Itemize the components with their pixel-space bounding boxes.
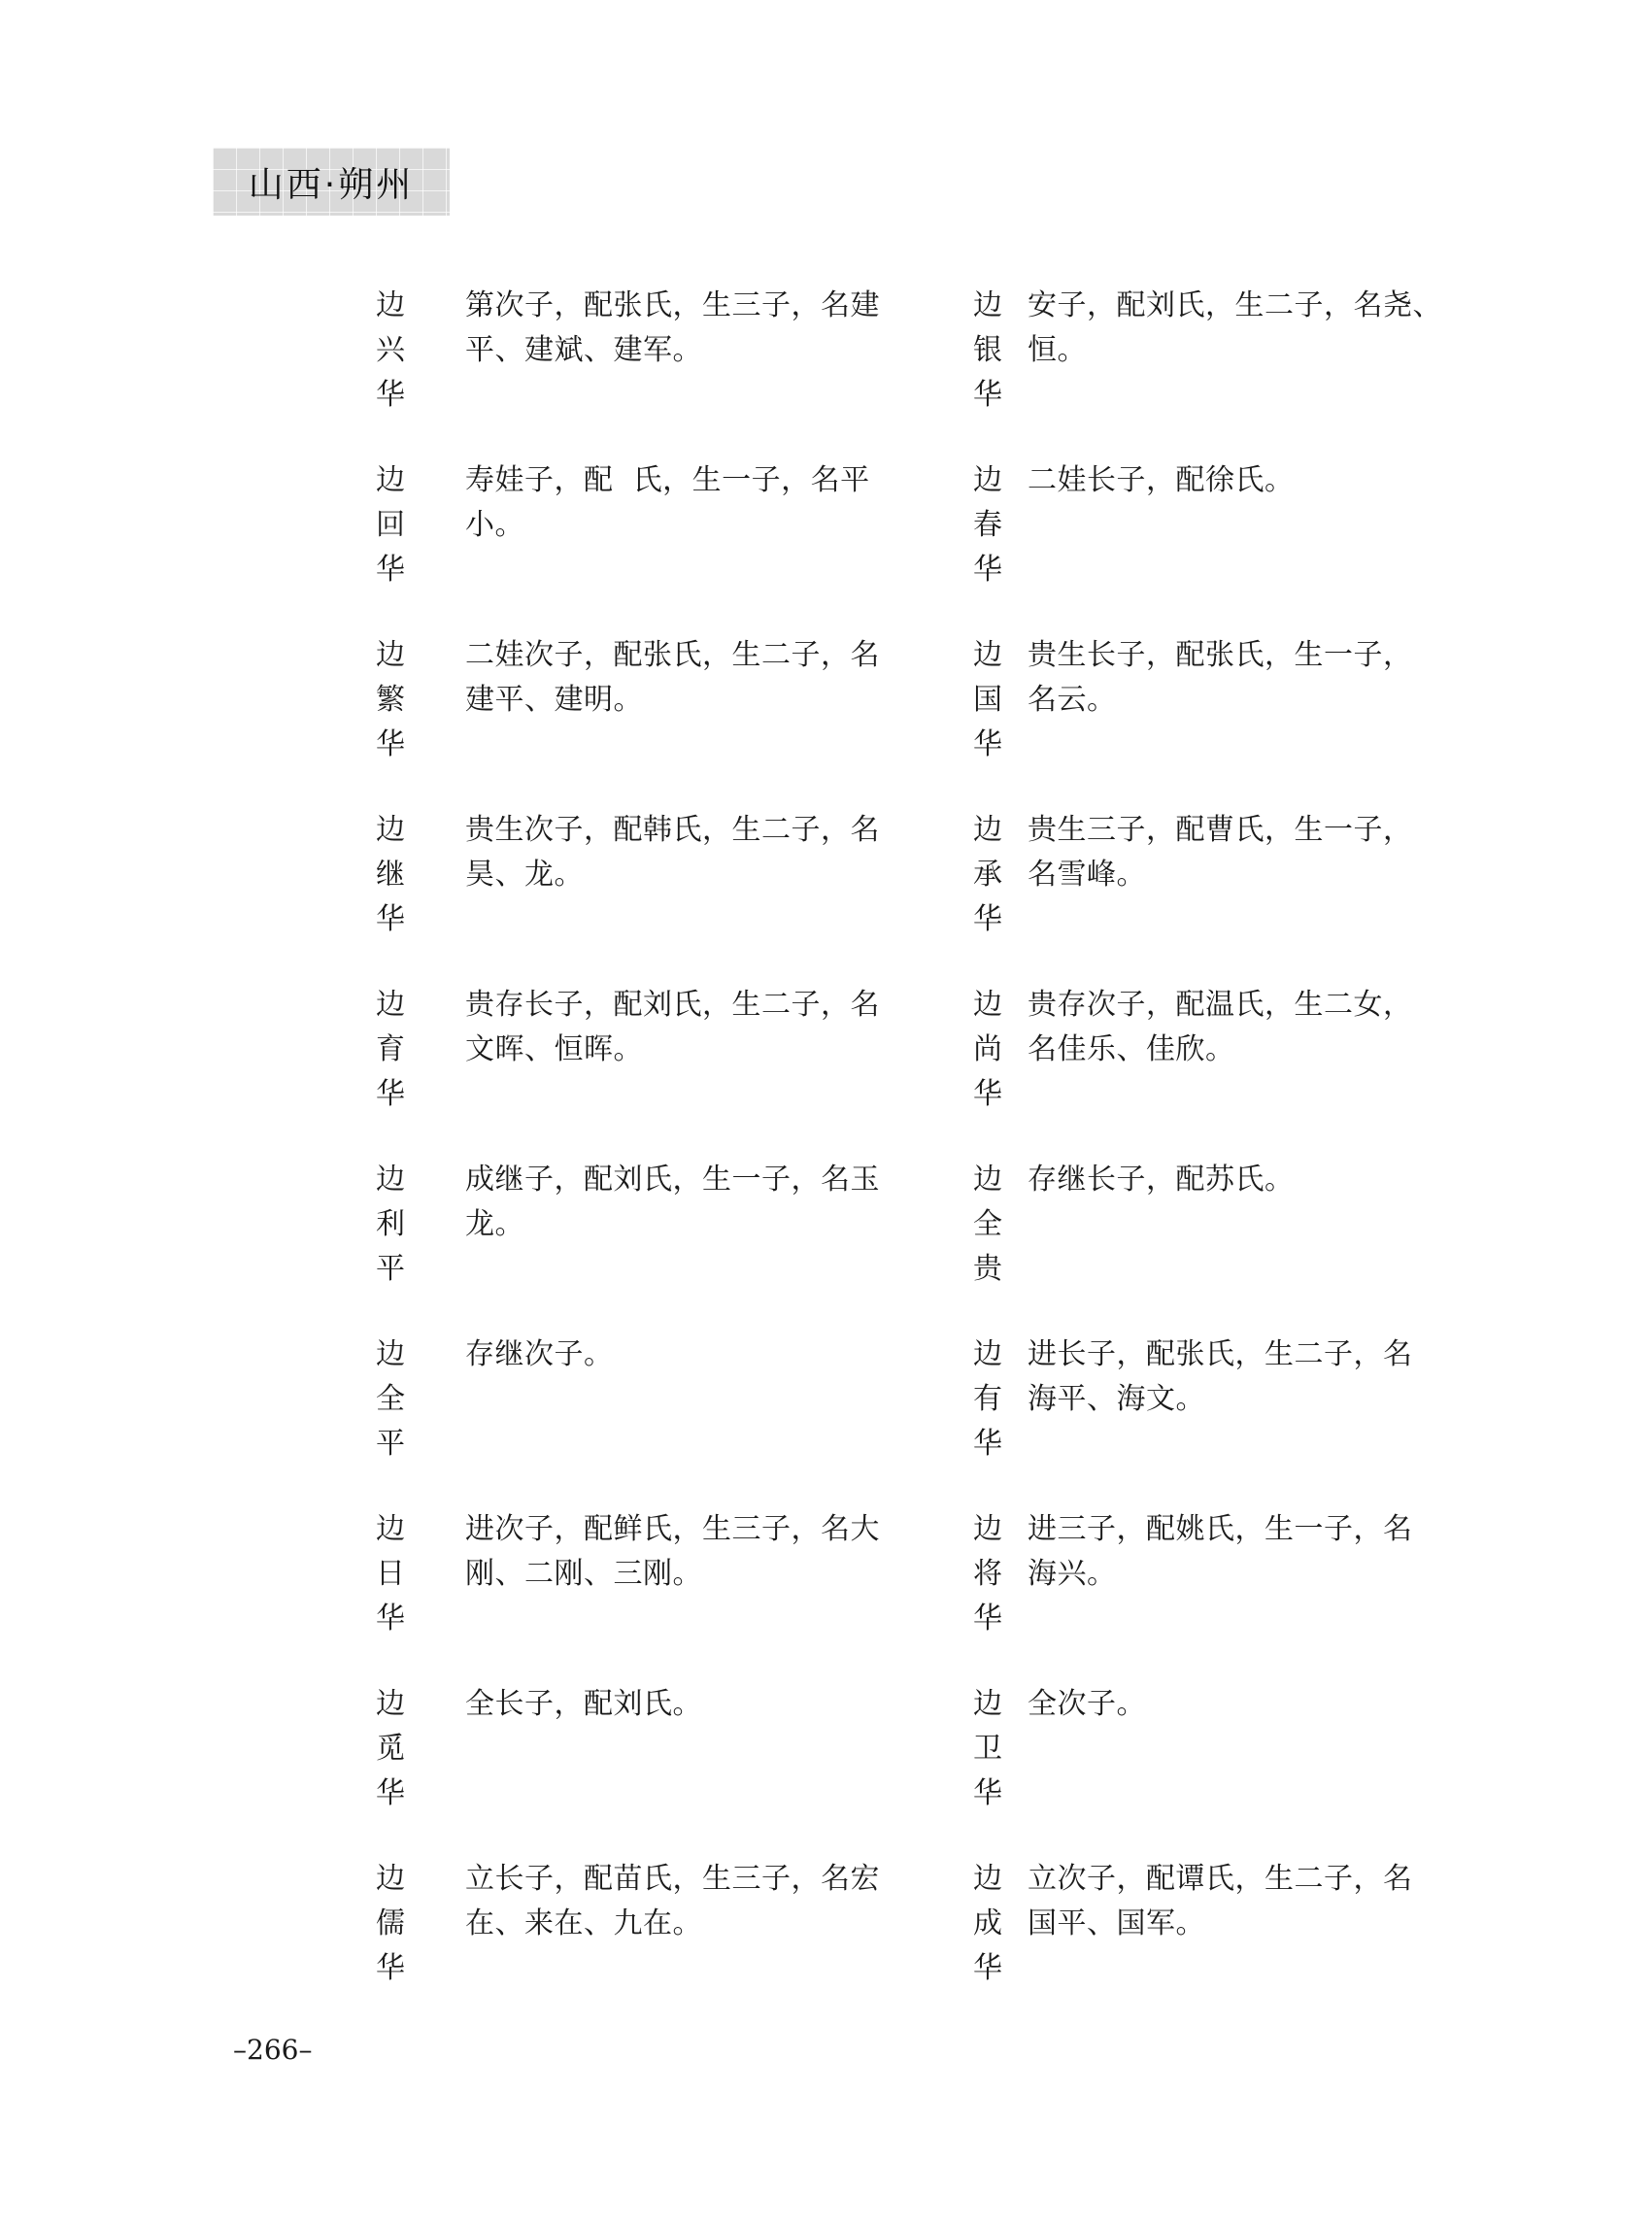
entry: 边 育 华 贵存长子，配刘氏，生二子，名 文晖、恒晖。 xyxy=(374,983,971,1158)
name-char: 承 xyxy=(971,853,1004,897)
entry-name: 边 儒 华 xyxy=(374,1857,407,1991)
name-char: 国 xyxy=(971,678,1004,723)
name-char: 边 xyxy=(971,1857,1004,1902)
name-char: 春 xyxy=(971,503,1004,548)
entry-name: 边 尚 华 xyxy=(971,983,1004,1117)
name-char: 边 xyxy=(374,1158,407,1202)
entry: 边 全 贵 存继长子，配苏氏。 xyxy=(971,1158,1452,1332)
entry: 边 繁 华 二娃次子，配张氏，生二子，名 建平、建明。 xyxy=(374,633,971,808)
name-char: 繁 xyxy=(374,678,407,723)
entry: 边 银 华 安子，配刘氏，生二子，名尧、 恒。 xyxy=(971,284,1452,458)
entry: 边 春 华 二娃长子，配徐氏。 xyxy=(971,458,1452,633)
name-char: 继 xyxy=(374,853,407,897)
name-char: 边 xyxy=(971,458,1004,503)
entry-description: 寿娃子，配 氏，生一子，名平 小。 xyxy=(465,458,912,548)
entry-description: 存继长子，配苏氏。 xyxy=(1028,1158,1445,1202)
entry-name: 边 承 华 xyxy=(971,808,1004,942)
entry-description: 贵存长子，配刘氏，生二子，名 文晖、恒晖。 xyxy=(465,983,912,1072)
name-char: 边 xyxy=(374,983,407,1028)
name-char: 儒 xyxy=(374,1902,407,1946)
entry-description: 贵存次子，配温氏，生二女， 名佳乐、佳欣。 xyxy=(1028,983,1445,1072)
entry: 边 继 华 贵生次子，配韩氏，生二子，名 昊、龙。 xyxy=(374,808,971,983)
name-char: 华 xyxy=(374,1072,407,1117)
entry-name: 边 有 华 xyxy=(971,1332,1004,1467)
name-char: 平 xyxy=(374,1422,407,1467)
name-char: 华 xyxy=(971,1771,1004,1816)
entry-description: 第次子，配张氏，生三子，名建 平、建斌、建军。 xyxy=(465,284,912,373)
name-char: 边 xyxy=(374,284,407,328)
name-char: 全 xyxy=(374,1377,407,1422)
name-char: 华 xyxy=(971,1597,1004,1641)
name-char: 华 xyxy=(971,548,1004,592)
entry: 边 卫 华 全次子。 xyxy=(971,1682,1452,1857)
page-number: –266– xyxy=(233,2034,312,2066)
name-char: 华 xyxy=(971,1422,1004,1467)
name-char: 华 xyxy=(374,897,407,942)
name-char: 华 xyxy=(374,548,407,592)
name-char: 边 xyxy=(971,1507,1004,1552)
name-char: 边 xyxy=(971,1682,1004,1727)
entry-name: 边 国 华 xyxy=(971,633,1004,767)
entry-name: 边 银 华 xyxy=(971,284,1004,418)
entry-description: 贵生次子，配韩氏，生二子，名 昊、龙。 xyxy=(465,808,912,897)
section-title: 山西·朔州 xyxy=(249,157,414,207)
name-char: 利 xyxy=(374,1202,407,1247)
entry: 边 成 华 立次子，配谭氏，生二子，名 国平、国军。 xyxy=(971,1857,1452,2032)
name-char: 成 xyxy=(971,1902,1004,1946)
entry-description: 安子，配刘氏，生二子，名尧、 恒。 xyxy=(1028,284,1445,373)
entry-name: 边 繁 华 xyxy=(374,633,407,767)
entry-name: 边 利 平 xyxy=(374,1158,407,1292)
entry-name: 边 全 贵 xyxy=(971,1158,1004,1292)
entry-description: 二娃次子，配张氏，生二子，名 建平、建明。 xyxy=(465,633,912,723)
name-char: 边 xyxy=(971,1332,1004,1377)
entry-name: 边 育 华 xyxy=(374,983,407,1117)
name-char: 觅 xyxy=(374,1727,407,1771)
genealogy-entries: 边 兴 华 第次子，配张氏，生三子，名建 平、建斌、建军。 边 银 华 安子，配… xyxy=(374,284,1452,2032)
name-char: 华 xyxy=(374,1597,407,1641)
entry-name: 边 兴 华 xyxy=(374,284,407,418)
name-char: 日 xyxy=(374,1552,407,1597)
entry-description: 立长子，配苗氏，生三子，名宏 在、来在、九在。 xyxy=(465,1857,912,1946)
entry: 边 儒 华 立长子，配苗氏，生三子，名宏 在、来在、九在。 xyxy=(374,1857,971,2032)
entry-description: 存继次子。 xyxy=(465,1332,912,1377)
name-char: 华 xyxy=(971,1072,1004,1117)
entry-name: 边 春 华 xyxy=(971,458,1004,592)
entry: 边 承 华 贵生三子，配曹氏，生一子， 名雪峰。 xyxy=(971,808,1452,983)
name-char: 平 xyxy=(374,1247,407,1292)
name-char: 卫 xyxy=(971,1727,1004,1771)
name-char: 育 xyxy=(374,1028,407,1072)
entry-name: 边 觅 华 xyxy=(374,1682,407,1816)
entry: 边 回 华 寿娃子，配 氏，生一子，名平 小。 xyxy=(374,458,971,633)
name-char: 贵 xyxy=(971,1247,1004,1292)
entry-description: 成继子，配刘氏，生一子，名玉 龙。 xyxy=(465,1158,912,1247)
name-char: 边 xyxy=(374,633,407,678)
name-char: 华 xyxy=(374,373,407,418)
entry-description: 全长子，配刘氏。 xyxy=(465,1682,912,1727)
entry-name: 边 全 平 xyxy=(374,1332,407,1467)
name-char: 边 xyxy=(374,458,407,503)
entry-description: 贵生长子，配张氏，生一子， 名云。 xyxy=(1028,633,1445,723)
entry-description: 进三子，配姚氏，生一子，名 海兴。 xyxy=(1028,1507,1445,1597)
entry-description: 二娃长子，配徐氏。 xyxy=(1028,458,1445,503)
name-char: 华 xyxy=(374,723,407,767)
name-char: 华 xyxy=(971,723,1004,767)
entry-description: 贵生三子，配曹氏，生一子， 名雪峰。 xyxy=(1028,808,1445,897)
name-char: 边 xyxy=(971,808,1004,853)
name-char: 华 xyxy=(374,1771,407,1816)
name-char: 边 xyxy=(971,284,1004,328)
entry: 边 有 华 进长子，配张氏，生二子，名 海平、海文。 xyxy=(971,1332,1452,1507)
entry-description: 全次子。 xyxy=(1028,1682,1445,1727)
entry: 边 将 华 进三子，配姚氏，生一子，名 海兴。 xyxy=(971,1507,1452,1682)
entry: 边 尚 华 贵存次子，配温氏，生二女， 名佳乐、佳欣。 xyxy=(971,983,1452,1158)
name-char: 边 xyxy=(374,1507,407,1552)
name-char: 华 xyxy=(971,373,1004,418)
name-char: 兴 xyxy=(374,328,407,373)
name-char: 边 xyxy=(374,808,407,853)
entry-name: 边 回 华 xyxy=(374,458,407,592)
name-char: 华 xyxy=(971,897,1004,942)
name-char: 华 xyxy=(971,1946,1004,1991)
entry-name: 边 继 华 xyxy=(374,808,407,942)
entry-name: 边 成 华 xyxy=(971,1857,1004,1991)
name-char: 边 xyxy=(374,1857,407,1902)
name-char: 华 xyxy=(374,1946,407,1991)
entry-description: 立次子，配谭氏，生二子，名 国平、国军。 xyxy=(1028,1857,1445,1946)
entry: 边 兴 华 第次子，配张氏，生三子，名建 平、建斌、建军。 xyxy=(374,284,971,458)
name-char: 银 xyxy=(971,328,1004,373)
entry-description: 进次子，配鲜氏，生三子，名大 刚、二刚、三刚。 xyxy=(465,1507,912,1597)
section-header: 山西·朔州 xyxy=(213,148,450,216)
entry: 边 利 平 成继子，配刘氏，生一子，名玉 龙。 xyxy=(374,1158,971,1332)
entry-name: 边 卫 华 xyxy=(971,1682,1004,1816)
entry: 边 日 华 进次子，配鲜氏，生三子，名大 刚、二刚、三刚。 xyxy=(374,1507,971,1682)
name-char: 全 xyxy=(971,1202,1004,1247)
name-char: 回 xyxy=(374,503,407,548)
entry: 边 全 平 存继次子。 xyxy=(374,1332,971,1507)
entry: 边 国 华 贵生长子，配张氏，生一子， 名云。 xyxy=(971,633,1452,808)
entry: 边 觅 华 全长子，配刘氏。 xyxy=(374,1682,971,1857)
name-char: 有 xyxy=(971,1377,1004,1422)
name-char: 边 xyxy=(971,633,1004,678)
name-char: 边 xyxy=(971,1158,1004,1202)
entry-description: 进长子，配张氏，生二子，名 海平、海文。 xyxy=(1028,1332,1445,1422)
entry-name: 边 将 华 xyxy=(971,1507,1004,1641)
name-char: 边 xyxy=(971,983,1004,1028)
name-char: 边 xyxy=(374,1332,407,1377)
entry-name: 边 日 华 xyxy=(374,1507,407,1641)
name-char: 尚 xyxy=(971,1028,1004,1072)
name-char: 边 xyxy=(374,1682,407,1727)
name-char: 将 xyxy=(971,1552,1004,1597)
